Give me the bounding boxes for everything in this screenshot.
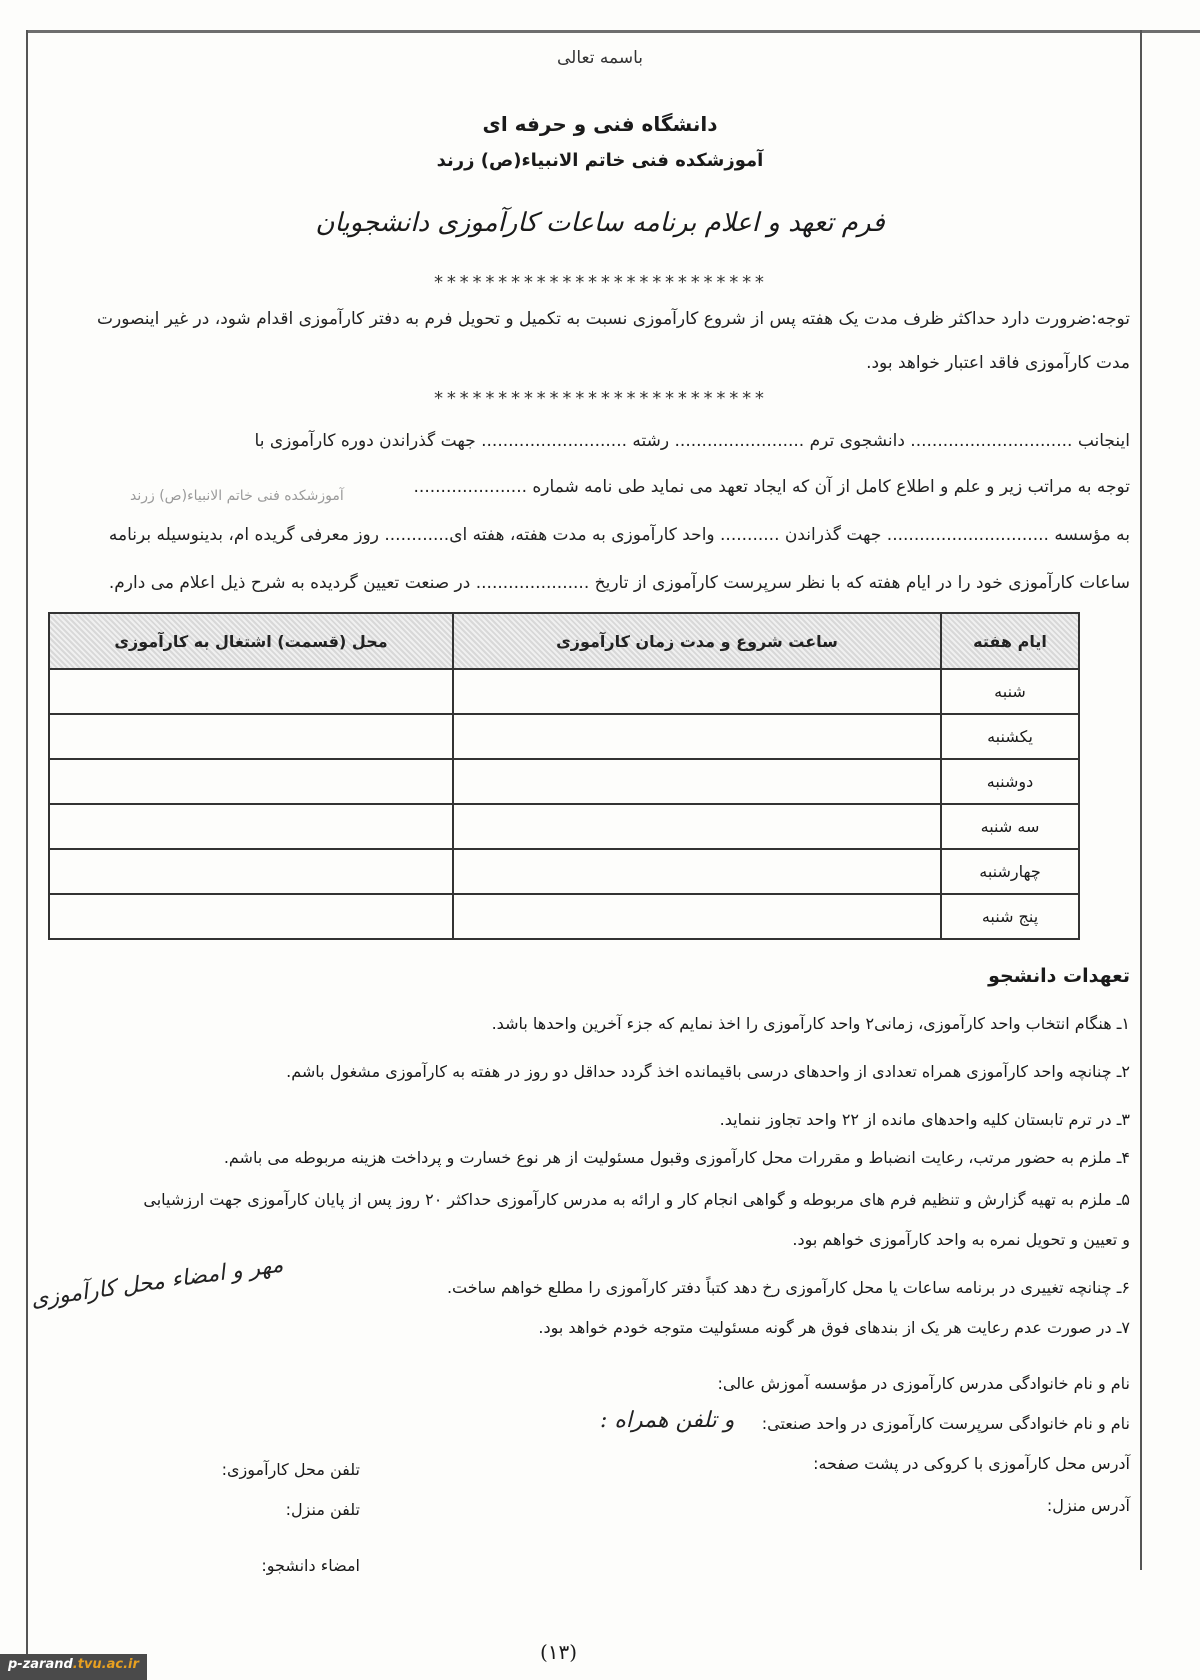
time-cell[interactable] bbox=[453, 849, 941, 894]
day-cell: شنبه bbox=[941, 669, 1079, 714]
watermark-domain: .tvu.ac.ir bbox=[73, 1657, 139, 1672]
table-row: سه شنبه bbox=[49, 804, 1079, 849]
watermark-host: p-zarand bbox=[8, 1657, 73, 1672]
time-cell[interactable] bbox=[453, 894, 941, 939]
site-watermark: p-zarand.tvu.ac.ir bbox=[0, 1654, 147, 1680]
commitment-item-4: ۴ـ ملزم به حضور مرتب، رعایت انضباط و مقر… bbox=[110, 1146, 1130, 1170]
basmala: باسمه تعالی bbox=[0, 48, 1200, 68]
stars-divider-bottom: ************************** bbox=[0, 388, 1200, 409]
notice-line-2: مدت کارآموزی فاقد اعتبار خواهد بود. bbox=[40, 350, 1130, 376]
time-cell[interactable] bbox=[453, 669, 941, 714]
header-place: محل (قسمت) اشتغال به کارآموزی bbox=[49, 613, 453, 669]
table-row: یکشنبه bbox=[49, 714, 1079, 759]
commitment-item-6: ۶ـ چنانچه تغییری در برنامه ساعات یا محل … bbox=[320, 1276, 1130, 1300]
table-row: شنبه bbox=[49, 669, 1079, 714]
commitment-item-1: ۱ـ هنگام انتخاب واحد کارآموزی، زمانی۲ وا… bbox=[110, 1012, 1130, 1036]
commitment-item-2: ۲ـ چنانچه واحد کارآموزی همراه تعدادی از … bbox=[110, 1060, 1130, 1084]
frame-top-border bbox=[28, 30, 1200, 33]
day-cell: دوشنبه bbox=[941, 759, 1079, 804]
instructor-name-field[interactable]: نام و نام خانوادگی مدرس کارآموزی در مؤسس… bbox=[110, 1372, 1130, 1396]
place-cell[interactable] bbox=[49, 894, 453, 939]
place-cell[interactable] bbox=[49, 849, 453, 894]
table-row: چهارشنبه bbox=[49, 849, 1079, 894]
day-cell: سه شنبه bbox=[941, 804, 1079, 849]
college-name: آموزشکده فنی خاتم الانبیاء(ص) زرند bbox=[0, 150, 1200, 171]
header-time: ساعت شروع و مدت زمان کارآموزی bbox=[453, 613, 941, 669]
commitment-item-5-cont: و تعیین و تحویل نمره به واحد کارآموزی خو… bbox=[110, 1228, 1130, 1252]
commitment-item-3: ۳ـ در ترم تابستان کلیه واحدهای مانده از … bbox=[110, 1108, 1130, 1132]
commitment-item-5: ۵ـ ملزم به تهیه گزارش و تنظیم فرم های مر… bbox=[110, 1188, 1130, 1212]
page-number: (۱۳) bbox=[540, 1640, 577, 1664]
schedule-header-row: ایام هفته ساعت شروع و مدت زمان کارآموزی … bbox=[49, 613, 1079, 669]
workplace-phone-field[interactable]: تلفن محل کارآموزی: bbox=[200, 1460, 360, 1479]
university-name: دانشگاه فنی و حرفه ای bbox=[0, 112, 1200, 136]
place-cell[interactable] bbox=[49, 714, 453, 759]
home-phone-field[interactable]: تلفن منزل: bbox=[200, 1500, 360, 1519]
place-cell[interactable] bbox=[49, 669, 453, 714]
commitment-item-7: ۷ـ در صورت عدم رعایت هر یک از بندهای فوق… bbox=[320, 1316, 1130, 1340]
place-cell[interactable] bbox=[49, 759, 453, 804]
time-cell[interactable] bbox=[453, 804, 941, 849]
table-row: دوشنبه bbox=[49, 759, 1079, 804]
declaration-line-3: به مؤسسه .............................. … bbox=[40, 522, 1130, 548]
day-cell: پنج شنبه bbox=[941, 894, 1079, 939]
student-signature-field[interactable]: امضاء دانشجو: bbox=[200, 1556, 360, 1575]
time-cell[interactable] bbox=[453, 759, 941, 804]
supervisor-handwritten-value: و تلفن همراه : bbox=[600, 1408, 734, 1433]
form-title: فرم تعهد و اعلام برنامه ساعات کارآموزی د… bbox=[0, 208, 1200, 238]
schedule-table: ایام هفته ساعت شروع و مدت زمان کارآموزی … bbox=[48, 612, 1080, 940]
table-row: پنج شنبه bbox=[49, 894, 1079, 939]
commitments-title: تعهدات دانشجو bbox=[988, 965, 1130, 987]
time-cell[interactable] bbox=[453, 714, 941, 759]
form-page: باسمه تعالی دانشگاه فنی و حرفه ای آموزشک… bbox=[0, 0, 1200, 1680]
stars-divider-top: ************************** bbox=[0, 272, 1200, 293]
declaration-line-1: اینجانب .............................. د… bbox=[40, 428, 1130, 454]
header-day: ایام هفته bbox=[941, 613, 1079, 669]
day-cell: یکشنبه bbox=[941, 714, 1079, 759]
place-cell[interactable] bbox=[49, 804, 453, 849]
handwritten-stamp-note: مهر و امضاء محل کارآموزی bbox=[29, 1252, 284, 1312]
notice-line-1: توجه:ضرورت دارد حداکثر ظرف مدت یک هفته پ… bbox=[40, 306, 1130, 332]
day-cell: چهارشنبه bbox=[941, 849, 1079, 894]
college-stamp: آموزشکده فنی خاتم الانبیاء(ص) زرند bbox=[130, 488, 344, 504]
frame-right-border bbox=[1140, 30, 1142, 1570]
declaration-line-4: ساعات کارآموزی خود را در ایام هفته که با… bbox=[40, 570, 1130, 596]
